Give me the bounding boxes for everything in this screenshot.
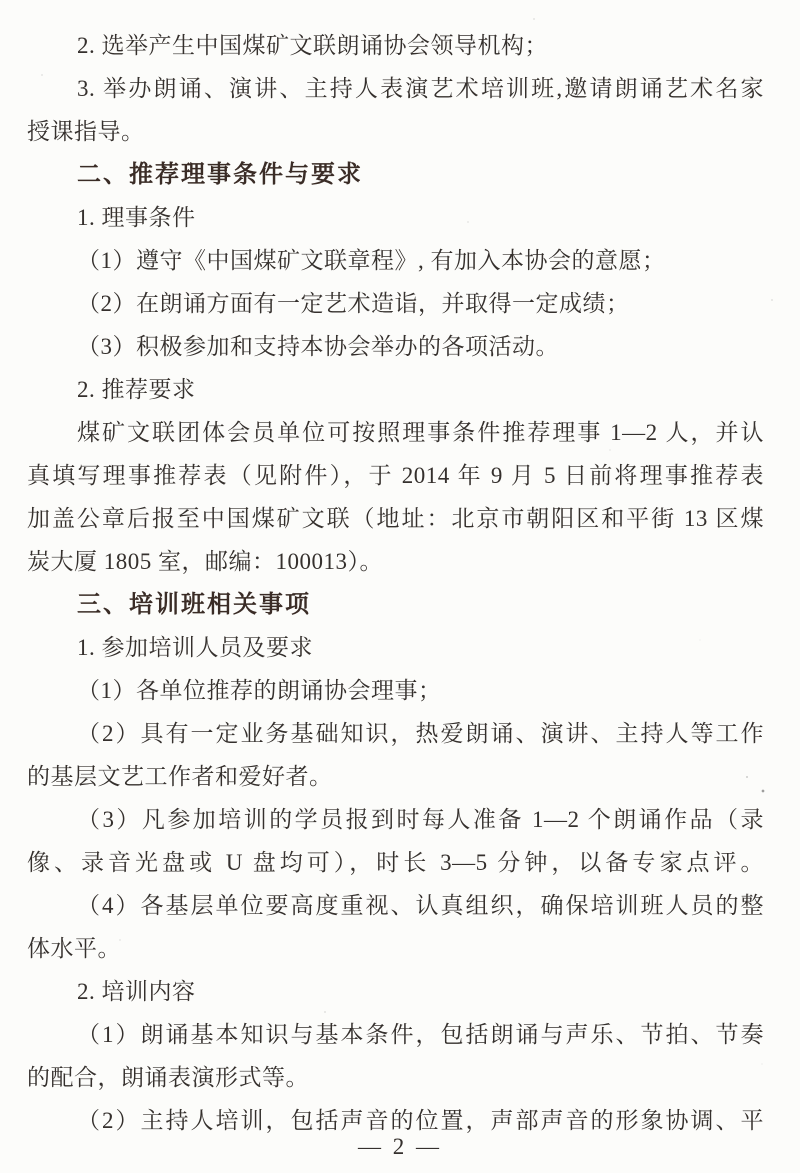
text-line: （3）积极参加和支持本协会举办的各项活动。 [27,325,764,368]
text-line: 1. 理事条件 [27,196,764,239]
text-line: 真填写理事推荐表（见附件），于 2014 年 9 月 5 日前将理事推荐表 [27,454,764,497]
text-line: 2. 选举产生中国煤矿文联朗诵协会领导机构； [27,24,764,67]
text-line: 2. 推荐要求 [27,368,764,411]
text-line: 炭大厦 1805 室，邮编：100013）。 [27,540,764,583]
text-line: 的基层文艺工作者和爱好者。 [27,755,764,798]
text-line: （1）遵守《中国煤矿文联章程》, 有加入本协会的意愿； [27,239,764,282]
text-line: （2）在朗诵方面有一定艺术造诣，并取得一定成绩； [27,282,764,325]
text-line: （3）凡参加培训的学员报到时每人准备 1—2 个朗诵作品（录 [27,798,764,841]
text-line: 像、录音光盘或 U 盘均可），时长 3—5 分钟，以备专家点评。 [27,841,764,884]
section-heading: 三、培训班相关事项 [27,583,764,626]
text-line: 体水平。 [27,927,764,970]
text-line: 煤矿文联团体会员单位可按照理事条件推荐理事 1—2 人，并认 [27,411,764,454]
text-line: （2）具有一定业务基础知识，热爱朗诵、演讲、主持人等工作 [27,712,764,755]
text-line: 2. 培训内容 [27,970,764,1013]
text-line: 的配合，朗诵表演形式等。 [27,1056,764,1099]
text-line: 3. 举办朗诵、演讲、主持人表演艺术培训班,邀请朗诵艺术名家 [27,67,764,110]
text-line: 授课指导。 [27,110,764,153]
page-number: — 2 — [0,1134,800,1160]
text-line: （4）各基层单位要高度重视、认真组织，确保培训班人员的整 [27,884,764,927]
text-line: 1. 参加培训人员及要求 [27,626,764,669]
document-body: 2. 选举产生中国煤矿文联朗诵协会领导机构；3. 举办朗诵、演讲、主持人表演艺术… [27,24,764,1142]
text-line: 加盖公章后报至中国煤矿文联（地址：北京市朝阳区和平街 13 区煤 [27,497,764,540]
text-line: （1）各单位推荐的朗诵协会理事； [27,669,764,712]
text-line: （1）朗诵基本知识与基本条件，包括朗诵与声乐、节拍、节奏 [27,1013,764,1056]
section-heading: 二、推荐理事条件与要求 [27,153,764,196]
